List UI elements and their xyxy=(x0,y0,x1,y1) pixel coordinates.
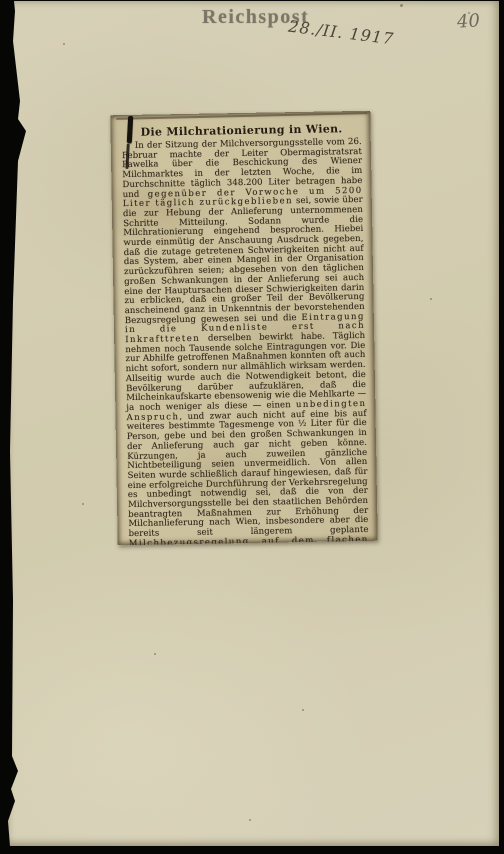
paper-speckle xyxy=(154,653,156,655)
newspaper-clipping: Die Milchrationierung in Wien. In der Si… xyxy=(110,111,377,545)
paper-speckle xyxy=(82,503,84,505)
paper-speckle xyxy=(430,298,432,300)
ink-mark xyxy=(127,116,133,143)
paper-speckle xyxy=(468,12,470,14)
paper-speckle xyxy=(249,819,251,821)
handwritten-date: 28./II. 1917 xyxy=(287,17,395,49)
paper-speckle xyxy=(400,4,403,7)
archive-page: Reichspost 28./II. 1917 40 Die Milchrati… xyxy=(6,1,499,846)
paper-speckle xyxy=(302,709,304,711)
paper-speckle xyxy=(63,43,65,45)
clipping-headline: Die Milchrationierung in Wien. xyxy=(122,122,360,139)
clipping-article-text: In der Sitzung der Milchversorgungsstell… xyxy=(122,138,369,545)
clipping-top-crease xyxy=(116,112,367,120)
